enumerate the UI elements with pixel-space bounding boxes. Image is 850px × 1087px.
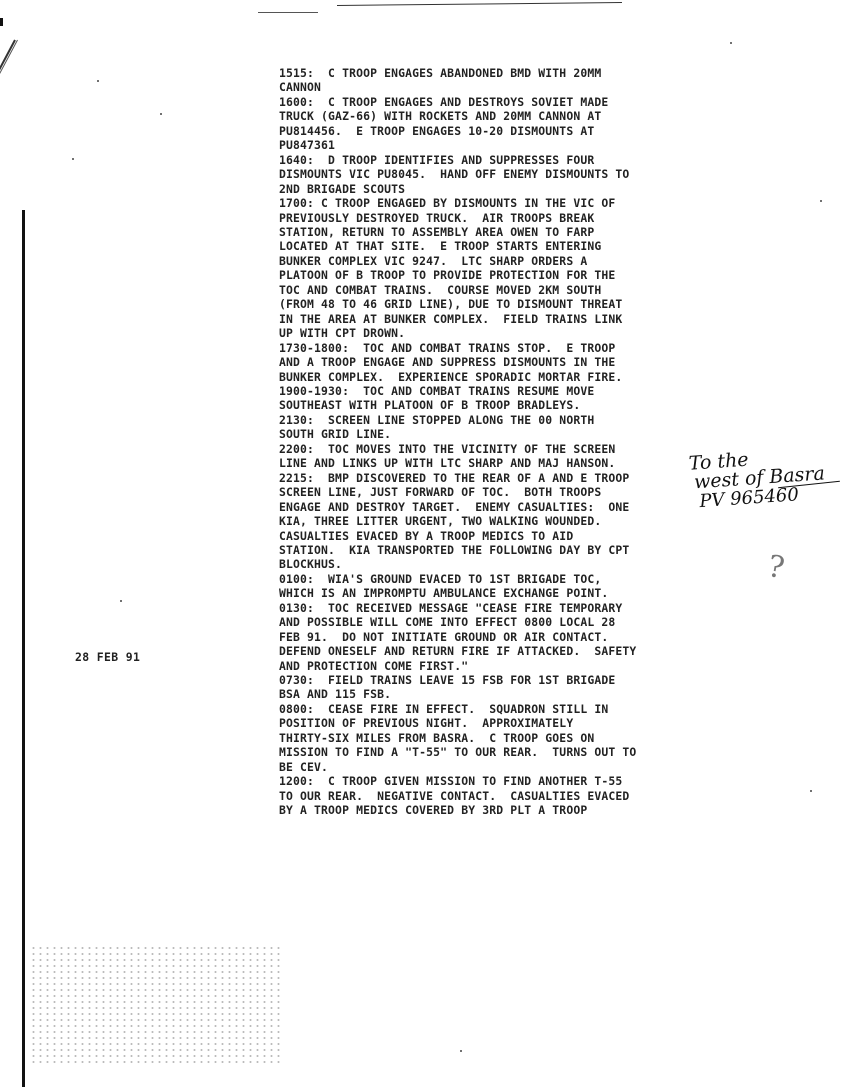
log-line: CANNON [279, 80, 729, 94]
log-line: CASUALTIES EVACED BY A TROOP MEDICS TO A… [279, 529, 729, 543]
scan-dot [72, 158, 74, 160]
log-line: PU814456. E TROOP ENGAGES 10-20 DISMOUNT… [279, 124, 729, 138]
log-line: 0730: FIELD TRAINS LEAVE 15 FSB FOR 1ST … [279, 673, 729, 687]
scan-noise [30, 945, 280, 1065]
log-line: MISSION TO FIND A "T-55" TO OUR REAR. TU… [279, 745, 729, 759]
log-line: DISMOUNTS VIC PU8045. HAND OFF ENEMY DIS… [279, 167, 729, 181]
log-line: PU847361 [279, 138, 729, 152]
margin-date: 28 FEB 91 [75, 650, 140, 664]
scan-dot [810, 790, 812, 792]
log-line: 2130: SCREEN LINE STOPPED ALONG THE 00 N… [279, 413, 729, 427]
scanned-document-page: 28 FEB 91 1515: C TROOP ENGAGES ABANDONE… [0, 0, 850, 1087]
scan-dot [460, 1050, 462, 1052]
log-line: 1900-1930: TOC AND COMBAT TRAINS RESUME … [279, 384, 729, 398]
log-entry: 1700: C TROOP ENGAGED BY DISMOUNTS IN TH… [279, 196, 729, 341]
binding-edge-bar [22, 210, 25, 1087]
log-entry: 2215: BMP DISCOVERED TO THE REAR OF A AN… [279, 471, 729, 572]
log-entry: 1200: C TROOP GIVEN MISSION TO FIND ANOT… [279, 774, 729, 817]
log-line: LINE AND LINKS UP WITH LTC SHARP AND MAJ… [279, 456, 729, 470]
log-line: WHICH IS AN IMPROMPTU AMBULANCE EXCHANGE… [279, 586, 729, 600]
log-line: BE CEV. [279, 760, 729, 774]
top-rule-short [258, 12, 318, 13]
log-entry: 2200: TOC MOVES INTO THE VICINITY OF THE… [279, 442, 729, 471]
log-line: SOUTHEAST WITH PLATOON OF B TROOP BRADLE… [279, 398, 729, 412]
log-line: POSITION OF PREVIOUS NIGHT. APPROXIMATEL… [279, 716, 729, 730]
log-line: STATION. KIA TRANSPORTED THE FOLLOWING D… [279, 543, 729, 557]
log-line: 2215: BMP DISCOVERED TO THE REAR OF A AN… [279, 471, 729, 485]
log-line: DEFEND ONESELF AND RETURN FIRE IF ATTACK… [279, 644, 729, 658]
log-line: 1700: C TROOP ENGAGED BY DISMOUNTS IN TH… [279, 196, 729, 210]
top-rule [337, 2, 622, 6]
log-line: 0130: TOC RECEIVED MESSAGE "CEASE FIRE T… [279, 601, 729, 615]
pen-slash-mark [0, 40, 16, 120]
log-line: TO OUR REAR. NEGATIVE CONTACT. CASUALTIE… [279, 789, 729, 803]
scan-dot [820, 200, 822, 202]
handwritten-question-mark: ? [765, 549, 787, 586]
log-line: 1200: C TROOP GIVEN MISSION TO FIND ANOT… [279, 774, 729, 788]
log-line: 0800: CEASE FIRE IN EFFECT. SQUADRON STI… [279, 702, 729, 716]
log-line: PREVIOUSLY DESTROYED TRUCK. AIR TROOPS B… [279, 211, 729, 225]
log-line: 1515: C TROOP ENGAGES ABANDONED BMD WITH… [279, 66, 729, 80]
log-line: 1730-1800: TOC AND COMBAT TRAINS STOP. E… [279, 341, 729, 355]
log-entry: 0130: TOC RECEIVED MESSAGE "CEASE FIRE T… [279, 601, 729, 673]
log-line: 2ND BRIGADE SCOUTS [279, 182, 729, 196]
log-line: 1640: D TROOP IDENTIFIES AND SUPPRESSES … [279, 153, 729, 167]
log-entry: 1730-1800: TOC AND COMBAT TRAINS STOP. E… [279, 341, 729, 384]
log-line: ENGAGE AND DESTROY TARGET. ENEMY CASUALT… [279, 500, 729, 514]
log-line: FEB 91. DO NOT INITIATE GROUND OR AIR CO… [279, 630, 729, 644]
log-line: 2200: TOC MOVES INTO THE VICINITY OF THE… [279, 442, 729, 456]
scan-dot [160, 113, 162, 115]
log-line: STATION, RETURN TO ASSEMBLY AREA OWEN TO… [279, 225, 729, 239]
corner-mark [0, 18, 3, 26]
log-entry: 1600: C TROOP ENGAGES AND DESTROYS SOVIE… [279, 95, 729, 153]
log-entry: 2130: SCREEN LINE STOPPED ALONG THE 00 N… [279, 413, 729, 442]
handwritten-note: To the west of Basra PV 965460 [688, 445, 827, 511]
log-line: TRUCK (GAZ-66) WITH ROCKETS AND 20MM CAN… [279, 109, 729, 123]
log-line: BY A TROOP MEDICS COVERED BY 3RD PLT A T… [279, 803, 729, 817]
log-line: IN THE AREA AT BUNKER COMPLEX. FIELD TRA… [279, 312, 729, 326]
log-line: (FROM 48 TO 46 GRID LINE), DUE TO DISMOU… [279, 297, 729, 311]
log-line: BSA AND 115 FSB. [279, 687, 729, 701]
log-line: THIRTY-SIX MILES FROM BASRA. C TROOP GOE… [279, 731, 729, 745]
log-line: LOCATED AT THAT SITE. E TROOP STARTS ENT… [279, 239, 729, 253]
scan-dot [97, 80, 99, 82]
log-line: UP WITH CPT DROWN. [279, 326, 729, 340]
scan-dot [120, 600, 122, 602]
log-entry: 0800: CEASE FIRE IN EFFECT. SQUADRON STI… [279, 702, 729, 774]
log-line: AND POSSIBLE WILL COME INTO EFFECT 0800 … [279, 615, 729, 629]
log-line: AND A TROOP ENGAGE AND SUPPRESS DISMOUNT… [279, 355, 729, 369]
log-entries: 1515: C TROOP ENGAGES ABANDONED BMD WITH… [279, 66, 729, 818]
log-line: AND PROTECTION COME FIRST." [279, 659, 729, 673]
log-line: TOC AND COMBAT TRAINS. COURSE MOVED 2KM … [279, 283, 729, 297]
log-entry: 0730: FIELD TRAINS LEAVE 15 FSB FOR 1ST … [279, 673, 729, 702]
log-line: BUNKER COMPLEX. EXPERIENCE SPORADIC MORT… [279, 370, 729, 384]
log-line: 0100: WIA'S GROUND EVACED TO 1ST BRIGADE… [279, 572, 729, 586]
log-entry: 1900-1930: TOC AND COMBAT TRAINS RESUME … [279, 384, 729, 413]
log-line: PLATOON OF B TROOP TO PROVIDE PROTECTION… [279, 268, 729, 282]
log-entry: 1515: C TROOP ENGAGES ABANDONED BMD WITH… [279, 66, 729, 95]
log-line: BUNKER COMPLEX VIC 9247. LTC SHARP ORDER… [279, 254, 729, 268]
log-entry: 1640: D TROOP IDENTIFIES AND SUPPRESSES … [279, 153, 729, 196]
log-line: BLOCKHUS. [279, 557, 729, 571]
scan-dot [730, 42, 732, 44]
log-line: SCREEN LINE, JUST FORWARD OF TOC. BOTH T… [279, 485, 729, 499]
log-line: KIA, THREE LITTER URGENT, TWO WALKING WO… [279, 514, 729, 528]
log-line: SOUTH GRID LINE. [279, 427, 729, 441]
log-line: 1600: C TROOP ENGAGES AND DESTROYS SOVIE… [279, 95, 729, 109]
log-entry: 0100: WIA'S GROUND EVACED TO 1ST BRIGADE… [279, 572, 729, 601]
